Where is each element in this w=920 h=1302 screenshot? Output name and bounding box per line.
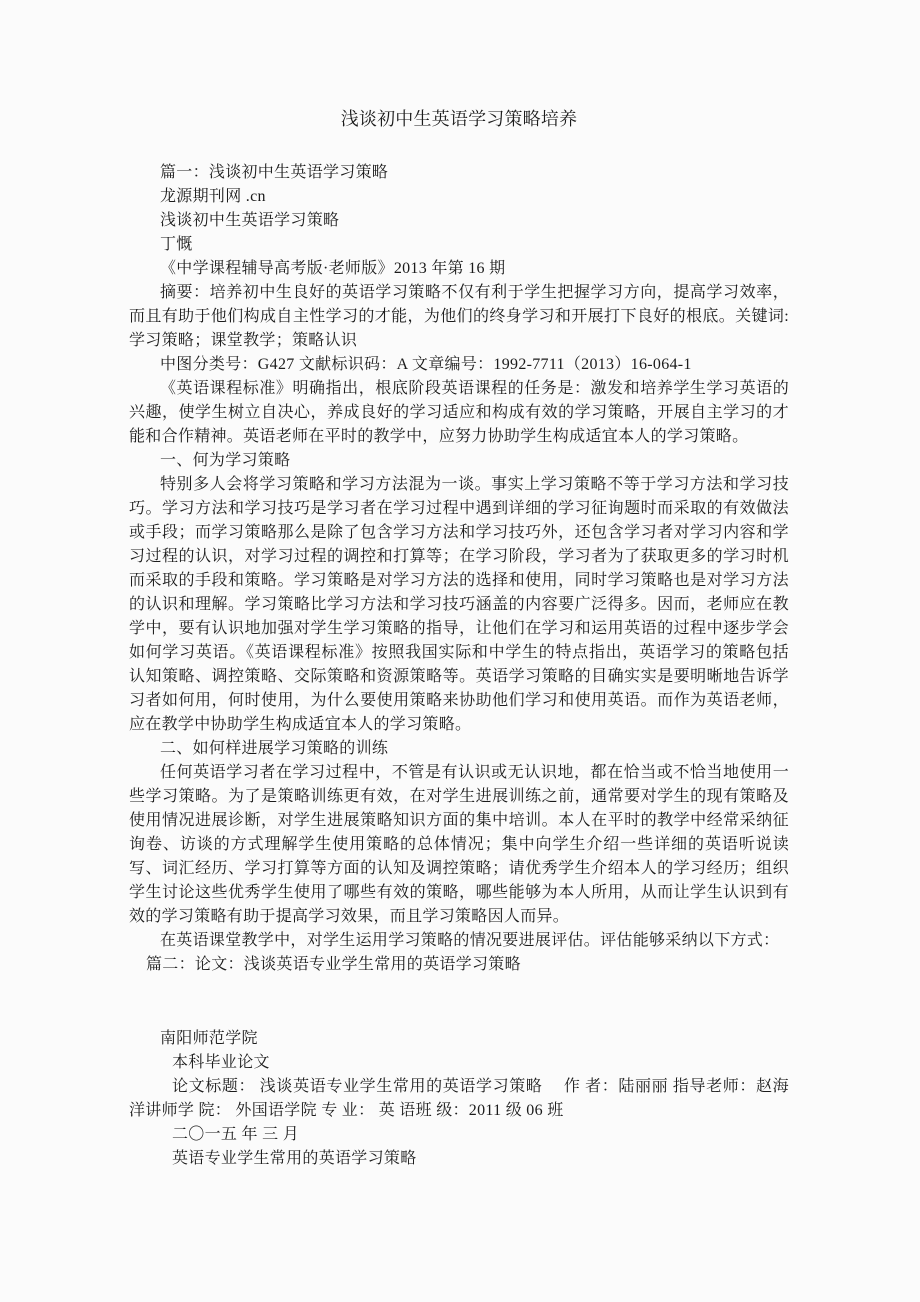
para-author: 丁慨 bbox=[129, 233, 789, 257]
para-section1-heading: 一、何为学习策略 bbox=[129, 449, 789, 473]
para-curriculum-standard: 《英语课程标准》明确指出，根底阶段英语课程的任务是：激发和培养学生学习英语的兴趣… bbox=[129, 377, 789, 449]
document-page: 浅谈初中生英语学习策略培养 篇一：浅谈初中生英语学习策略 龙源期刊网 .cn 浅… bbox=[0, 0, 920, 1302]
para-longyuan-source: 龙源期刊网 .cn bbox=[129, 185, 789, 209]
para-section2-body: 任何英语学习者在学习过程中，不管是有认识或无认识地，都在恰当或不恰当地使用一些学… bbox=[129, 761, 789, 929]
para-thesis-date: 二〇一五 年 三 月 bbox=[129, 1123, 789, 1147]
para-thesis-type: 本科毕业论文 bbox=[129, 1051, 789, 1075]
para-abstract-keywords: 摘要：培养初中生良好的英语学习策略不仅有利于学生把握学习方向，提高学习效率，而且… bbox=[129, 281, 789, 353]
para-journal-issue: 《中学课程辅导高考版·老师版》2013 年第 16 期 bbox=[129, 257, 789, 281]
para-university: 南阳师范学院 bbox=[129, 1027, 789, 1051]
para-classification-code: 中图分类号：G427 文献标识码：A 文章编号：1992-7711（2013）1… bbox=[129, 353, 789, 377]
para-article-title: 浅谈初中生英语学习策略 bbox=[129, 209, 789, 233]
para-evaluation-note: 在英语课堂教学中，对学生运用学习策略的情况要进展评估。评估能够采纳以下方式： bbox=[129, 929, 789, 953]
para-section2-heading: 二、如何样进展学习策略的训练 bbox=[129, 737, 789, 761]
document-content: 浅谈初中生英语学习策略培养 篇一：浅谈初中生英语学习策略 龙源期刊网 .cn 浅… bbox=[129, 0, 789, 1171]
para-pian2-heading: 篇二：论文：浅谈英语专业学生常用的英语学习策略 bbox=[129, 953, 789, 977]
para-thesis-title: 英语专业学生常用的英语学习策略 bbox=[129, 1147, 789, 1171]
doc-title: 浅谈初中生英语学习策略培养 bbox=[129, 106, 789, 132]
para-section1-body: 特别多人会将学习策略和学习方法混为一谈。事实上学习策略不等于学习方法和学习技巧。… bbox=[129, 473, 789, 737]
para-thesis-info: 论文标题： 浅谈英语专业学生常用的英语学习策略 作 者：陆丽丽 指导老师：赵海洋… bbox=[129, 1075, 789, 1123]
para-pian1-heading: 篇一：浅谈初中生英语学习策略 bbox=[129, 161, 789, 185]
